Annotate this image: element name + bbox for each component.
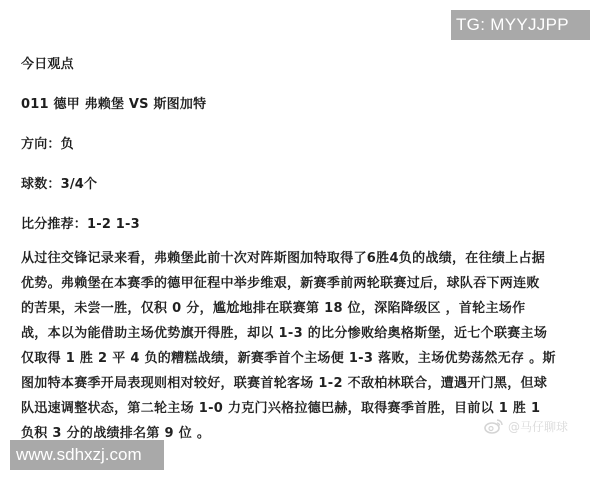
goals-line: 球数：3/4个 [21, 173, 97, 192]
section-heading: 今日观点 [21, 53, 74, 72]
paragraph-line: 的苦果，未尝一胜，仅积 0 分，尴尬地排在联赛第 18 位，深陷降级区 ，首轮主… [21, 296, 583, 321]
paragraph-line: 战，本以为能借助主场优势旗开得胜，却以 1-3 的比分惨败给奥格斯堡，近七个联赛… [21, 321, 583, 346]
paragraph-line: 优势。弗赖堡在本赛季的德甲征程中举步维艰，新赛季前两轮联赛过后，球队吞下两连败 [21, 271, 583, 296]
weibo-watermark: @马仔聊球 [484, 416, 568, 436]
weibo-handle: @马仔聊球 [508, 418, 568, 435]
direction-line: 方向：负 [21, 133, 74, 152]
paragraph-line: 图加特本赛季开局表现则相对较好，联赛首轮客场 1-2 不敌柏林联合，遭遇开门黑，… [21, 371, 583, 396]
paragraph-line: 从过往交锋记录来看，弗赖堡此前十次对阵斯图加特取得了6胜4负的战绩，在往绩上占据 [21, 246, 583, 271]
site-watermark-badge: www.sdhxzj.com [10, 440, 164, 470]
score-pick-line: 比分推荐：1-2 1-3 [21, 213, 140, 232]
tg-watermark-badge: TG: MYYJJPP [451, 10, 590, 40]
weibo-logo-icon [484, 418, 504, 434]
paragraph-line: 仅取得 1 胜 2 平 4 负的糟糕战绩，新赛季首个主场便 1-3 落败，主场优… [21, 346, 583, 371]
match-title: 011 德甲 弗赖堡 VS 斯图加特 [21, 93, 206, 112]
